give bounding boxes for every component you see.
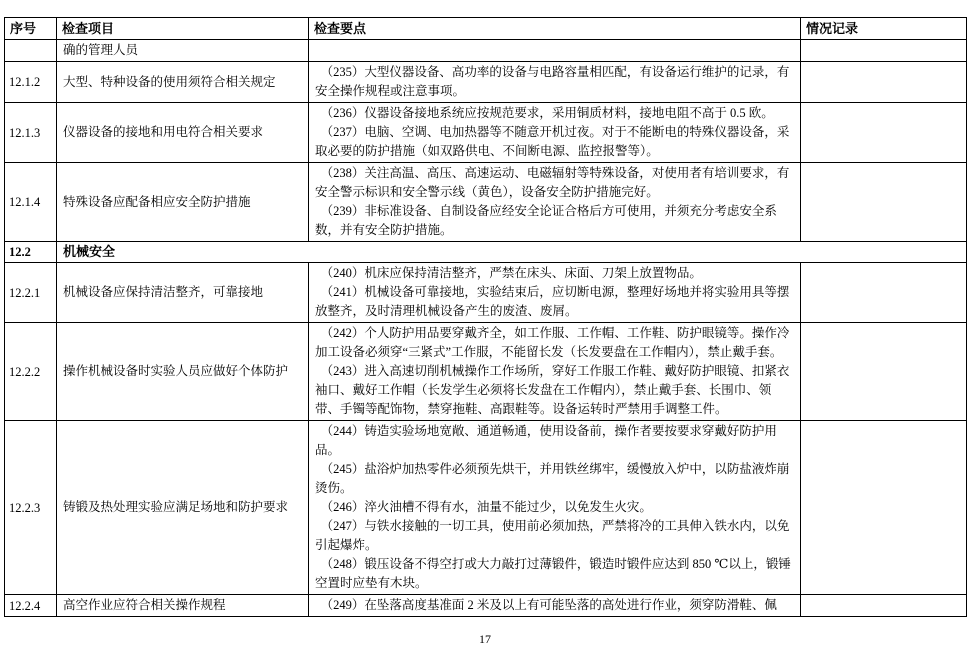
row-id-cell: 12.2 <box>5 242 57 263</box>
page-number: 17 <box>0 632 970 646</box>
point-paragraph: （236）仪器设备接地系统应按规范要求，采用铜质材料，接地电阻不高于 0.5 欧… <box>315 104 794 123</box>
table-row: 12.2.3铸锻及热处理实验应满足场地和防护要求（244）铸造实验场地宽敞、通道… <box>5 421 967 595</box>
item-cell: 机械设备应保持清洁整齐，可靠接地 <box>57 263 309 323</box>
points-cell: （249）在坠落高度基准面 2 米及以上有可能坠落的高处进行作业，须穿防滑鞋、佩 <box>309 595 801 617</box>
point-paragraph: （247）与铁水接触的一切工具，使用前必须加热，严禁将冷的工具伸入铁水内，以免引… <box>315 517 794 555</box>
point-paragraph: （245）盐浴炉加热零件必须预先烘干，并用铁丝绑牢，缓慢放入炉中，以防盐液炸崩烫… <box>315 460 794 498</box>
points-cell: （238）关注高温、高压、高速运动、电磁辐射等特殊设备，对使用者有培训要求，有安… <box>309 163 801 242</box>
item-cell: 高空作业应符合相关操作规程 <box>57 595 309 617</box>
point-paragraph: （249）在坠落高度基准面 2 米及以上有可能坠落的高处进行作业，须穿防滑鞋、佩 <box>315 596 794 614</box>
table-row: 12.2.1机械设备应保持清洁整齐，可靠接地（240）机床应保持清洁整齐，严禁在… <box>5 263 967 323</box>
table-row: 12.1.3仪器设备的接地和用电符合相关要求（236）仪器设备接地系统应按规范要… <box>5 103 967 163</box>
points-cell: （236）仪器设备接地系统应按规范要求，采用铜质材料，接地电阻不高于 0.5 欧… <box>309 103 801 163</box>
record-cell <box>801 103 967 163</box>
record-cell <box>801 163 967 242</box>
item-cell: 铸锻及热处理实验应满足场地和防护要求 <box>57 421 309 595</box>
point-paragraph: （244）铸造实验场地宽敞、通道畅通，使用设备前，操作者要按要求穿戴好防护用品。 <box>315 422 794 460</box>
clipped-content: （249）在坠落高度基准面 2 米及以上有可能坠落的高处进行作业，须穿防滑鞋、佩 <box>315 596 794 614</box>
header-cell: 序号 <box>5 18 57 40</box>
item-cell: 操作机械设备时实验人员应做好个体防护 <box>57 323 309 421</box>
checklist-table: 序号检查项目检查要点情况记录 确的管理人员12.1.2大型、特种设备的使用须符合… <box>4 17 967 617</box>
header-cell: 检查项目 <box>57 18 309 40</box>
row-id-cell: 12.2.1 <box>5 263 57 323</box>
point-paragraph: （243）进入高速切削机械操作工作场所，穿好工作服工作鞋、戴好防护眼镜、扣紧衣袖… <box>315 362 794 419</box>
point-paragraph: （246）淬火油槽不得有水，油量不能过少，以免发生火灾。 <box>315 498 794 517</box>
table-row: 12.2.4高空作业应符合相关操作规程（249）在坠落高度基准面 2 米及以上有… <box>5 595 967 617</box>
points-cell: （244）铸造实验场地宽敞、通道畅通，使用设备前，操作者要按要求穿戴好防护用品。… <box>309 421 801 595</box>
section-title-cell: 机械安全 <box>57 242 967 263</box>
record-cell <box>801 62 967 103</box>
table-row: 12.1.2大型、特种设备的使用须符合相关规定（235）大型仪器设备、高功率的设… <box>5 62 967 103</box>
point-paragraph: （238）关注高温、高压、高速运动、电磁辐射等特殊设备，对使用者有培训要求，有安… <box>315 164 794 202</box>
points-cell: （242）个人防护用品要穿戴齐全，如工作服、工作帽、工作鞋、防护眼镜等。操作冷加… <box>309 323 801 421</box>
item-cell: 大型、特种设备的使用须符合相关规定 <box>57 62 309 103</box>
table-row: 12.2.2操作机械设备时实验人员应做好个体防护（242）个人防护用品要穿戴齐全… <box>5 323 967 421</box>
record-cell <box>801 323 967 421</box>
table-row: 12.1.4特殊设备应配备相应安全防护措施（238）关注高温、高压、高速运动、电… <box>5 163 967 242</box>
document-page: 序号检查项目检查要点情况记录 确的管理人员12.1.2大型、特种设备的使用须符合… <box>0 0 970 648</box>
header-cell: 检查要点 <box>309 18 801 40</box>
header-cell: 情况记录 <box>801 18 967 40</box>
point-paragraph: （235）大型仪器设备、高功率的设备与电路容量相匹配，有设备运行维护的记录，有安… <box>315 63 794 101</box>
points-cell <box>309 40 801 62</box>
row-id-cell: 12.2.3 <box>5 421 57 595</box>
record-cell <box>801 595 967 617</box>
record-cell <box>801 40 967 62</box>
points-cell: （235）大型仪器设备、高功率的设备与电路容量相匹配，有设备运行维护的记录，有安… <box>309 62 801 103</box>
point-paragraph: （237）电脑、空调、电加热器等不随意开机过夜。对于不能断电的特殊仪器设备，采取… <box>315 123 794 161</box>
row-id-cell: 12.1.3 <box>5 103 57 163</box>
row-id-cell: 12.1.2 <box>5 62 57 103</box>
point-paragraph: （248）锻压设备不得空打或大力敲打过薄锻件，锻造时锻件应达到 850 ℃以上，… <box>315 555 794 593</box>
row-id-cell: 12.1.4 <box>5 163 57 242</box>
point-paragraph: （242）个人防护用品要穿戴齐全，如工作服、工作帽、工作鞋、防护眼镜等。操作冷加… <box>315 324 794 362</box>
item-cell: 仪器设备的接地和用电符合相关要求 <box>57 103 309 163</box>
table-row: 确的管理人员 <box>5 40 967 62</box>
points-cell: （240）机床应保持清洁整齐，严禁在床头、床面、刀架上放置物品。（241）机械设… <box>309 263 801 323</box>
row-id-cell: 12.2.4 <box>5 595 57 617</box>
item-cell: 确的管理人员 <box>57 40 309 62</box>
point-paragraph: （241）机械设备可靠接地，实验结束后，应切断电源，整理好场地并将实验用具等摆放… <box>315 283 794 321</box>
record-cell <box>801 421 967 595</box>
record-cell <box>801 263 967 323</box>
section-row: 12.2机械安全 <box>5 242 967 263</box>
point-paragraph: （239）非标准设备、自制设备应经安全论证合格后方可使用，并须充分考虑安全系数，… <box>315 202 794 240</box>
header-row: 序号检查项目检查要点情况记录 <box>5 18 967 40</box>
point-paragraph: （240）机床应保持清洁整齐，严禁在床头、床面、刀架上放置物品。 <box>315 264 794 283</box>
row-id-cell: 12.2.2 <box>5 323 57 421</box>
row-id-cell <box>5 40 57 62</box>
table-header: 序号检查项目检查要点情况记录 <box>5 18 967 40</box>
table-body: 确的管理人员12.1.2大型、特种设备的使用须符合相关规定（235）大型仪器设备… <box>5 40 967 617</box>
item-cell: 特殊设备应配备相应安全防护措施 <box>57 163 309 242</box>
